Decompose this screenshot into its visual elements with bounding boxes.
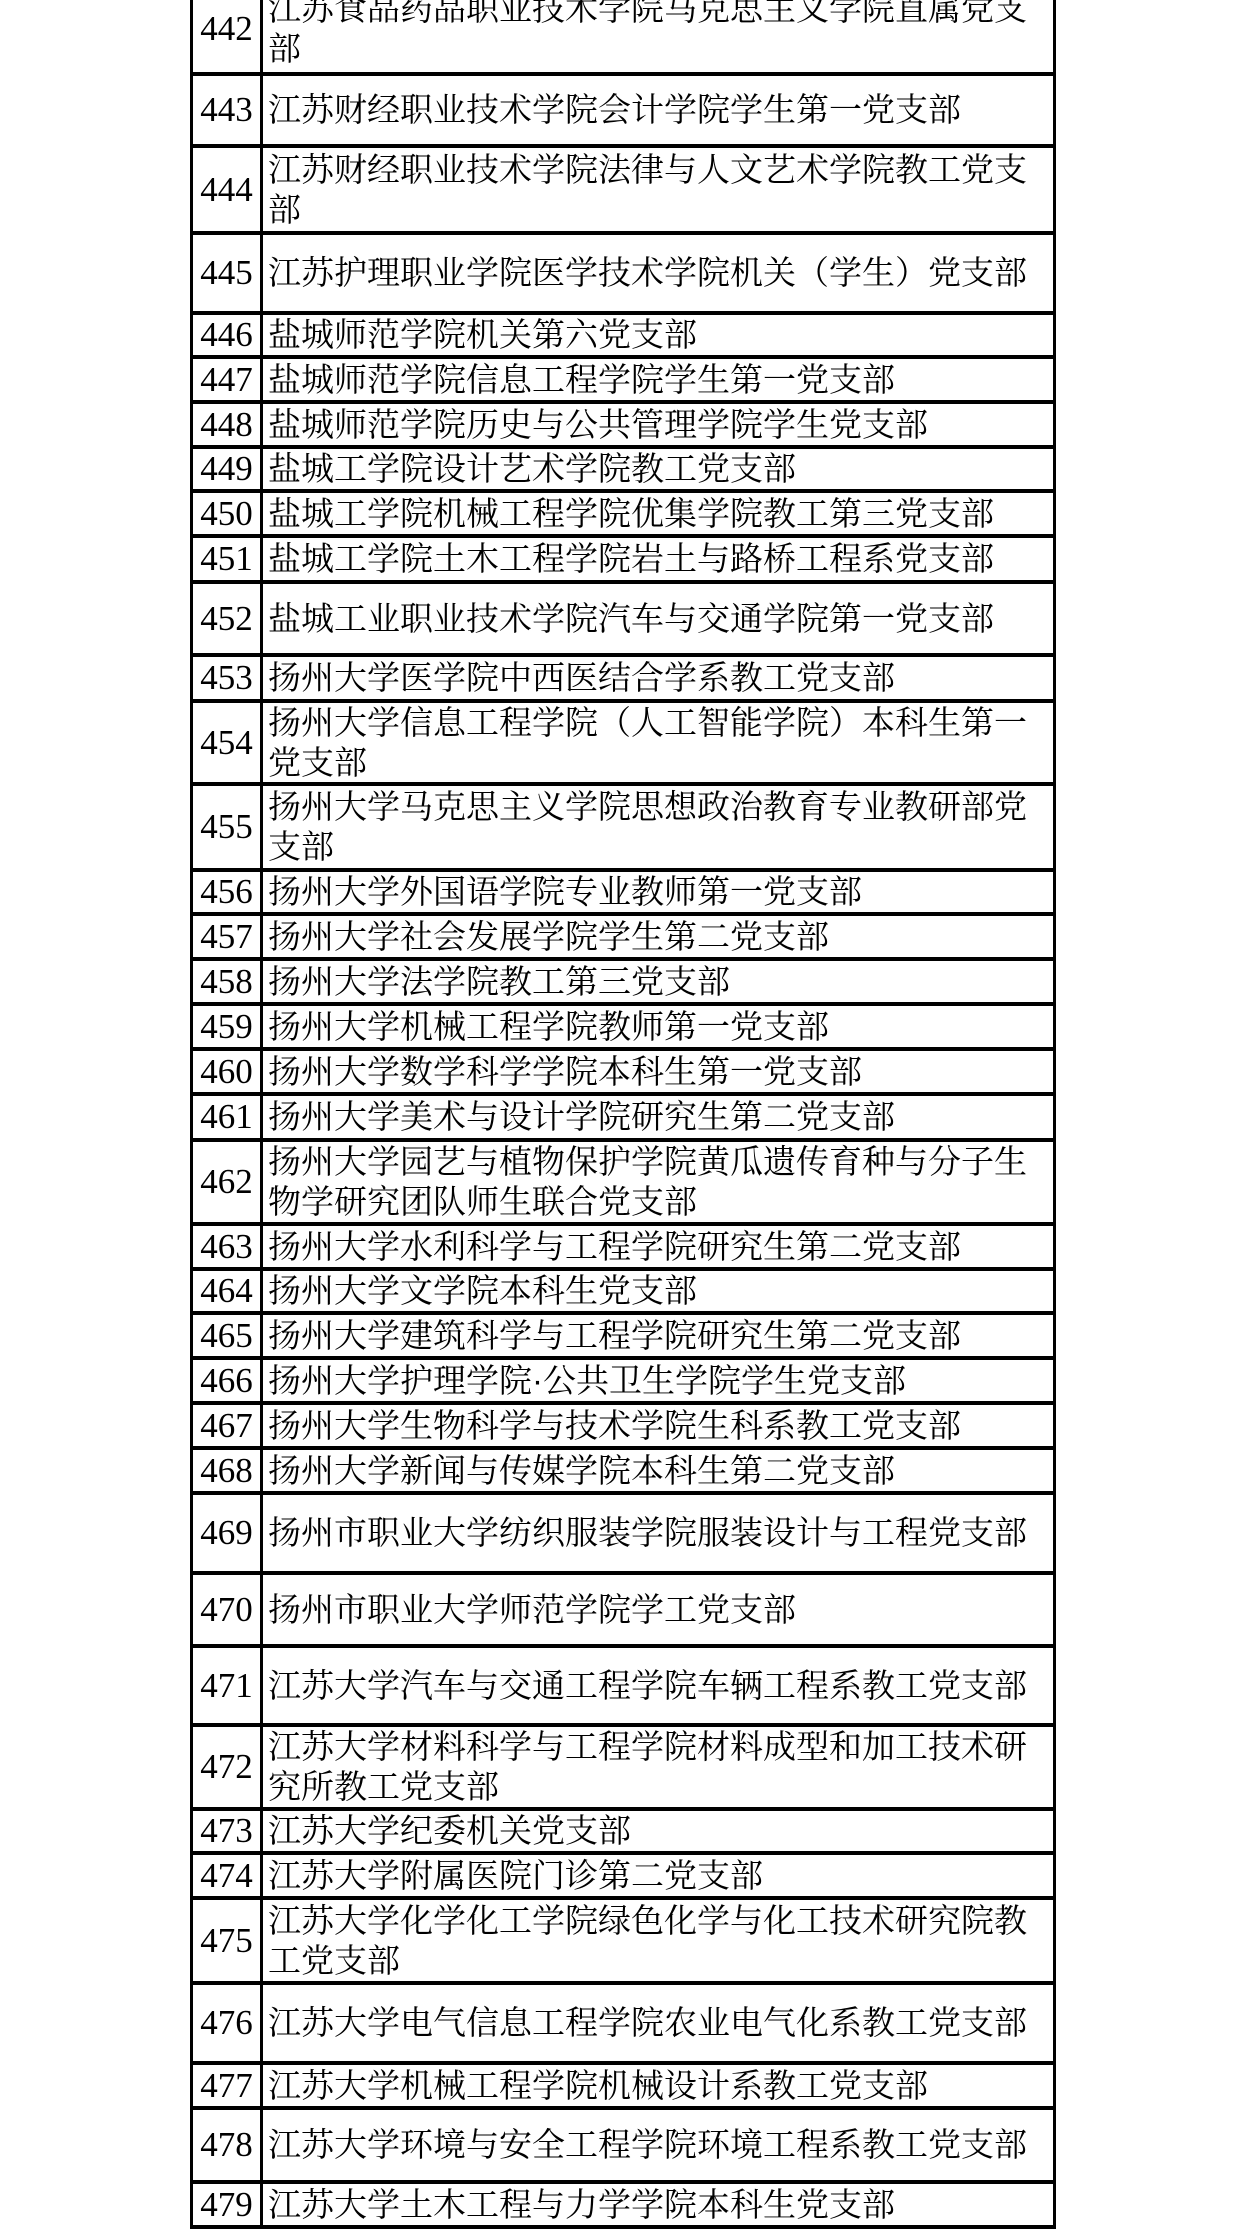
branch-name: 扬州大学信息工程学院（人工智能学院）本科生第一党支部: [263, 703, 1053, 782]
table-row: 472江苏大学材料科学与工程学院材料成型和加工技术研究所教工党支部: [193, 1727, 1053, 1811]
row-number: 469: [193, 1495, 263, 1571]
branch-name: 盐城工学院机械工程学院优集学院教工第三党支部: [263, 493, 1053, 534]
table-row: 475江苏大学化学化工学院绿色化学与化工技术研究院教工党支部: [193, 1900, 1053, 1985]
branch-name: 扬州大学护理学院·公共卫生学院学生党支部: [263, 1360, 1053, 1401]
table-row: 459扬州大学机械工程学院教师第一党支部: [193, 1006, 1053, 1051]
table-row: 445江苏护理职业学院医学技术学院机关（学生）党支部: [193, 235, 1053, 315]
table-row: 450盐城工学院机械工程学院优集学院教工第三党支部: [193, 493, 1053, 538]
row-number: 450: [193, 493, 263, 534]
branch-name: 江苏财经职业技术学院会计学院学生第一党支部: [263, 76, 1053, 144]
table-row: 448盐城师范学院历史与公共管理学院学生党支部: [193, 404, 1053, 449]
row-number: 448: [193, 404, 263, 445]
row-number: 472: [193, 1727, 263, 1807]
row-number: 460: [193, 1051, 263, 1092]
row-number: 473: [193, 1811, 263, 1851]
branch-name: 扬州大学法学院教工第三党支部: [263, 961, 1053, 1002]
branch-name: 扬州大学生物科学与技术学院生科系教工党支部: [263, 1405, 1053, 1446]
branch-name: 盐城师范学院机关第六党支部: [263, 315, 1053, 355]
branch-name: 扬州大学机械工程学院教师第一党支部: [263, 1006, 1053, 1047]
table-row: 471江苏大学汽车与交通工程学院车辆工程系教工党支部: [193, 1648, 1053, 1727]
row-number: 464: [193, 1271, 263, 1311]
table-row: 449盐城工学院设计艺术学院教工党支部: [193, 449, 1053, 493]
table-row: 455扬州大学马克思主义学院思想政治教育专业教研部党支部: [193, 786, 1053, 872]
row-number: 463: [193, 1226, 263, 1267]
table-row: 479江苏大学土木工程与力学学院本科生党支部: [193, 2184, 1053, 2208]
branch-name: 扬州大学文学院本科生党支部: [263, 1271, 1053, 1311]
branch-name: 扬州大学社会发展学院学生第二党支部: [263, 916, 1053, 957]
row-number: 451: [193, 538, 263, 580]
table-row: 466扬州大学护理学院·公共卫生学院学生党支部: [193, 1360, 1053, 1405]
branch-name: 扬州大学建筑科学与工程学院研究生第二党支部: [263, 1315, 1053, 1356]
row-number: 449: [193, 449, 263, 489]
row-number: 476: [193, 1985, 263, 2061]
row-number: 475: [193, 1900, 263, 1981]
branch-name: 扬州大学新闻与传媒学院本科生第二党支部: [263, 1450, 1053, 1491]
branch-name: 扬州市职业大学纺织服装学院服装设计与工程党支部: [263, 1495, 1053, 1571]
table-row: 451盐城工学院土木工程学院岩土与路桥工程系党支部: [193, 538, 1053, 584]
row-number: 466: [193, 1360, 263, 1401]
table-row: 477江苏大学机械工程学院机械设计系教工党支部: [193, 2065, 1053, 2110]
row-number: 444: [193, 148, 263, 231]
branch-name: 江苏大学纪委机关党支部: [263, 1811, 1053, 1851]
row-number: 477: [193, 2065, 263, 2106]
table-row: 462扬州大学园艺与植物保护学院黄瓜遗传育种与分子生物学研究团队师生联合党支部: [193, 1142, 1053, 1226]
branch-name: 江苏食品药品职业技术学院马克思主义学院直属党支部: [263, 0, 1053, 72]
row-number: 445: [193, 235, 263, 311]
table-row: 442江苏食品药品职业技术学院马克思主义学院直属党支部: [193, 0, 1053, 76]
row-number: 461: [193, 1096, 263, 1138]
row-number: 459: [193, 1006, 263, 1047]
table-row: 452盐城工业职业技术学院汽车与交通学院第一党支部: [193, 584, 1053, 657]
row-number: 470: [193, 1575, 263, 1644]
table-row: 446盐城师范学院机关第六党支部: [193, 315, 1053, 359]
row-number: 454: [193, 703, 263, 782]
branch-name: 盐城师范学院历史与公共管理学院学生党支部: [263, 404, 1053, 445]
table-row: 453扬州大学医学院中西医结合学系教工党支部: [193, 657, 1053, 703]
branch-name: 盐城工学院土木工程学院岩土与路桥工程系党支部: [263, 538, 1053, 580]
table-row: 468扬州大学新闻与传媒学院本科生第二党支部: [193, 1450, 1053, 1495]
branch-name: 江苏大学土木工程与力学学院本科生党支部: [263, 2184, 1053, 2208]
table-row: 457扬州大学社会发展学院学生第二党支部: [193, 916, 1053, 961]
table-row: 461扬州大学美术与设计学院研究生第二党支部: [193, 1096, 1053, 1142]
branch-name: 扬州大学水利科学与工程学院研究生第二党支部: [263, 1226, 1053, 1267]
table-row: 474江苏大学附属医院门诊第二党支部: [193, 1855, 1053, 1900]
branch-name: 江苏财经职业技术学院法律与人文艺术学院教工党支部: [263, 148, 1053, 231]
branch-name: 扬州大学马克思主义学院思想政治教育专业教研部党支部: [263, 786, 1053, 868]
row-number: 467: [193, 1405, 263, 1446]
table-row: 470扬州市职业大学师范学院学工党支部: [193, 1575, 1053, 1648]
table-row: 463扬州大学水利科学与工程学院研究生第二党支部: [193, 1226, 1053, 1271]
table-row: 478江苏大学环境与安全工程学院环境工程系教工党支部: [193, 2110, 1053, 2184]
row-number: 458: [193, 961, 263, 1002]
row-number: 443: [193, 76, 263, 144]
roster-table: 442江苏食品药品职业技术学院马克思主义学院直属党支部443江苏财经职业技术学院…: [190, 0, 1056, 2208]
branch-name: 江苏大学汽车与交通工程学院车辆工程系教工党支部: [263, 1648, 1053, 1723]
row-number: 456: [193, 872, 263, 912]
branch-name: 盐城工业职业技术学院汽车与交通学院第一党支部: [263, 584, 1053, 653]
row-number: 446: [193, 315, 263, 355]
table-row: 464扬州大学文学院本科生党支部: [193, 1271, 1053, 1315]
branch-name: 扬州市职业大学师范学院学工党支部: [263, 1575, 1053, 1644]
row-number: 455: [193, 786, 263, 868]
row-number: 442: [193, 0, 263, 72]
table-row: 443江苏财经职业技术学院会计学院学生第一党支部: [193, 76, 1053, 148]
branch-name: 江苏大学附属医院门诊第二党支部: [263, 1855, 1053, 1896]
row-number: 457: [193, 916, 263, 957]
table-row: 467扬州大学生物科学与技术学院生科系教工党支部: [193, 1405, 1053, 1450]
row-number: 447: [193, 359, 263, 400]
branch-name: 江苏大学材料科学与工程学院材料成型和加工技术研究所教工党支部: [263, 1727, 1053, 1807]
branch-name: 江苏大学化学化工学院绿色化学与化工技术研究院教工党支部: [263, 1900, 1053, 1981]
branch-name: 扬州大学医学院中西医结合学系教工党支部: [263, 657, 1053, 699]
table-row: 465扬州大学建筑科学与工程学院研究生第二党支部: [193, 1315, 1053, 1360]
table-row: 476江苏大学电气信息工程学院农业电气化系教工党支部: [193, 1985, 1053, 2065]
branch-name: 江苏护理职业学院医学技术学院机关（学生）党支部: [263, 235, 1053, 311]
row-number: 478: [193, 2110, 263, 2180]
table-row: 458扬州大学法学院教工第三党支部: [193, 961, 1053, 1006]
branch-name: 江苏大学环境与安全工程学院环境工程系教工党支部: [263, 2110, 1053, 2180]
table-row: 456扬州大学外国语学院专业教师第一党支部: [193, 872, 1053, 916]
branch-name: 江苏大学机械工程学院机械设计系教工党支部: [263, 2065, 1053, 2106]
branch-name: 盐城工学院设计艺术学院教工党支部: [263, 449, 1053, 489]
row-number: 479: [193, 2184, 263, 2208]
row-number: 452: [193, 584, 263, 653]
row-number: 462: [193, 1142, 263, 1222]
row-number: 453: [193, 657, 263, 699]
branch-name: 江苏大学电气信息工程学院农业电气化系教工党支部: [263, 1985, 1053, 2061]
branch-name: 扬州大学园艺与植物保护学院黄瓜遗传育种与分子生物学研究团队师生联合党支部: [263, 1142, 1053, 1222]
branch-name: 扬州大学外国语学院专业教师第一党支部: [263, 872, 1053, 912]
branch-name: 盐城师范学院信息工程学院学生第一党支部: [263, 359, 1053, 400]
table-row: 469扬州市职业大学纺织服装学院服装设计与工程党支部: [193, 1495, 1053, 1575]
table-row: 447盐城师范学院信息工程学院学生第一党支部: [193, 359, 1053, 404]
branch-name: 扬州大学数学科学学院本科生第一党支部: [263, 1051, 1053, 1092]
table-row: 460扬州大学数学科学学院本科生第一党支部: [193, 1051, 1053, 1096]
branch-name: 扬州大学美术与设计学院研究生第二党支部: [263, 1096, 1053, 1138]
table-row: 444江苏财经职业技术学院法律与人文艺术学院教工党支部: [193, 148, 1053, 235]
row-number: 471: [193, 1648, 263, 1723]
row-number: 465: [193, 1315, 263, 1356]
table-row: 473江苏大学纪委机关党支部: [193, 1811, 1053, 1855]
table-row: 454扬州大学信息工程学院（人工智能学院）本科生第一党支部: [193, 703, 1053, 786]
row-number: 474: [193, 1855, 263, 1896]
row-number: 468: [193, 1450, 263, 1491]
